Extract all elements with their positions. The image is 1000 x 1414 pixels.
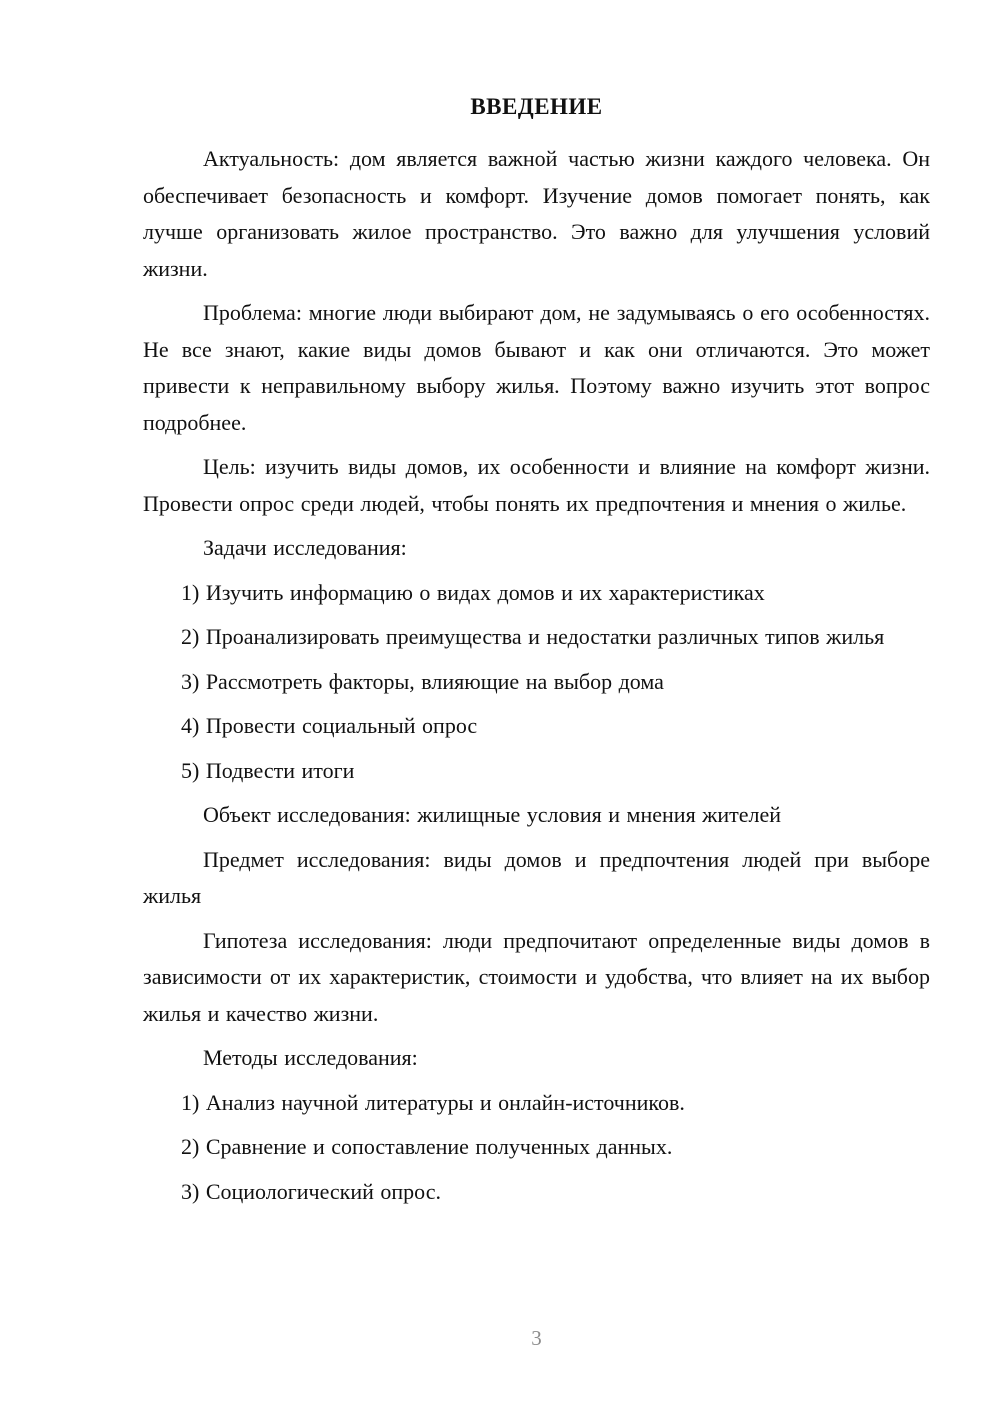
- page-number: 3: [143, 1326, 930, 1351]
- paragraph: 4) Провести социальный опрос: [143, 708, 930, 745]
- paragraph: Объект исследования: жилищные условия и …: [143, 797, 930, 834]
- paragraph: Проблема: многие люди выбирают дом, не з…: [143, 295, 930, 441]
- paragraph: Предмет исследования: виды домов и предп…: [143, 842, 930, 915]
- document-body: Актуальность: дом является важной частью…: [143, 141, 930, 1210]
- paragraph: Задачи исследования:: [143, 530, 930, 567]
- document-page: ВВЕДЕНИЕ Актуальность: дом является важн…: [0, 0, 1000, 1414]
- paragraph: 1) Изучить информацию о видах домов и их…: [143, 575, 930, 612]
- paragraph: 1) Анализ научной литературы и онлайн-ис…: [143, 1085, 930, 1122]
- paragraph: 2) Проанализировать преимущества и недос…: [143, 619, 930, 656]
- paragraph: 5) Подвести итоги: [143, 753, 930, 790]
- paragraph: Гипотеза исследования: люди предпочитают…: [143, 923, 930, 1033]
- paragraph: Методы исследования:: [143, 1040, 930, 1077]
- paragraph: 3) Социологический опрос.: [143, 1174, 930, 1211]
- page-title: ВВЕДЕНИЕ: [143, 88, 930, 125]
- paragraph: 2) Сравнение и сопоставление полученных …: [143, 1129, 930, 1166]
- paragraph: 3) Рассмотреть факторы, влияющие на выбо…: [143, 664, 930, 701]
- paragraph: Актуальность: дом является важной частью…: [143, 141, 930, 287]
- paragraph: Цель: изучить виды домов, их особенности…: [143, 449, 930, 522]
